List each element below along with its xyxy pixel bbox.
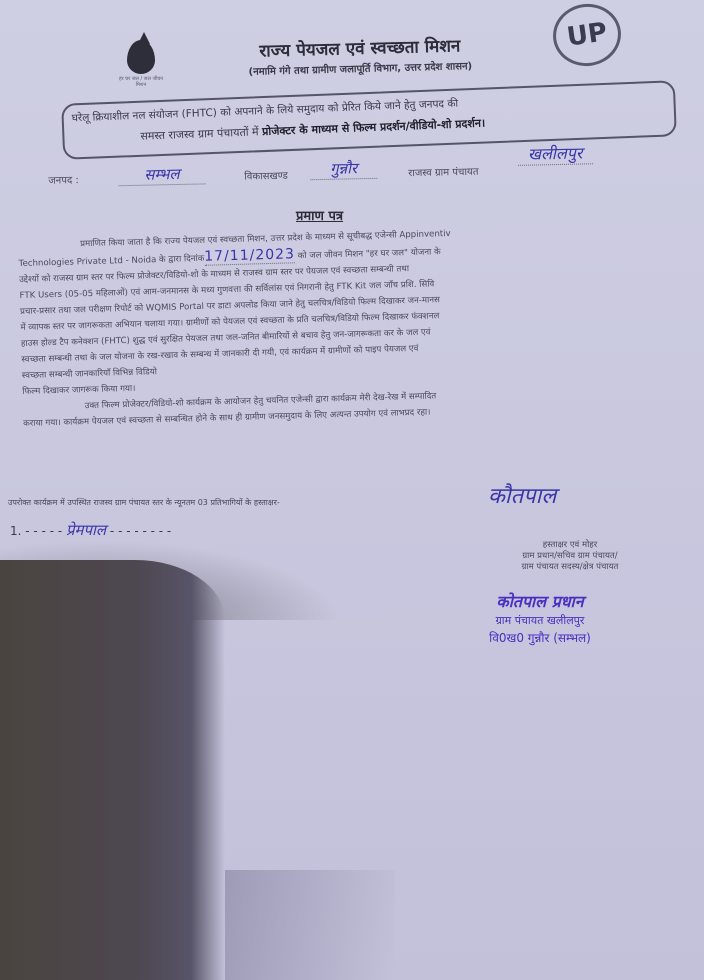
- jal-jeevan-mission-logo: हर घर जल / जल जीवन मिशन: [118, 40, 164, 88]
- signatory-role-line-1: ग्राम प्रधान/सचिव ग्राम पंचायत/: [470, 551, 670, 562]
- stamp-block: वि0ख0 गुन्नौर (सम्भल): [450, 629, 630, 646]
- location-fields: जनपद : सम्भल विकासखण्ड गुन्नौर राजस्व ग्…: [48, 155, 688, 168]
- stamp-name: कोतपाल प्रधान: [450, 590, 630, 612]
- stamp-panchayat: ग्राम पंचायत खलीलपुर: [450, 613, 630, 628]
- signatory-role-line-2: ग्राम पंचायत सदस्य/क्षेत्र पंचायत: [470, 562, 670, 573]
- participant-signature: प्रेमपाल: [66, 521, 106, 539]
- pradhan-signature: कौतपाल: [488, 480, 556, 510]
- participant-number: 1.: [10, 524, 21, 538]
- up-government-emblem-icon: UP: [549, 0, 625, 70]
- program-date: 17/11/2023: [204, 246, 295, 266]
- official-stamp: कोतपाल प्रधान ग्राम पंचायत खलीलपुर वि0ख0…: [450, 590, 630, 646]
- certificate-title: प्रमाण पत्र: [296, 206, 343, 224]
- signature-seal-label: हस्ताक्षर एवं मोहर: [470, 540, 670, 551]
- certificate-page: हर घर जल / जल जीवन मिशन UP राज्य पेयजल ए…: [0, 0, 704, 980]
- participant-1: 1. - - - - - प्रेमपाल - - - - - - - -: [10, 520, 171, 540]
- water-drop-icon: [127, 40, 155, 74]
- signatory-labels: हस्ताक्षर एवं मोहर ग्राम प्रधान/सचिव ग्र…: [470, 540, 670, 573]
- block-value: गुन्नौर: [310, 158, 377, 180]
- document-header: राज्य पेयजल एवं स्वच्छता मिशन (नमामि गंग…: [190, 32, 531, 80]
- panchayat-label: राजस्व ग्राम पंचायत: [408, 164, 479, 179]
- certificate-body: प्रमाणित किया जाता है कि राज्य पेयजल एवं…: [18, 219, 693, 432]
- paper-fold-shadow: [225, 870, 395, 980]
- district-value: सम्भल: [118, 163, 206, 186]
- district-label: जनपद :: [48, 172, 79, 187]
- panchayat-value: खलीलपुर: [518, 141, 593, 166]
- block-label: विकासखण्ड: [244, 168, 288, 183]
- banner-line-2-bold: प्रोजेक्टर के माध्यम से फिल्म प्रदर्शन/व…: [262, 117, 485, 139]
- body-line-2-suffix: को जल जीवन मिशन "हर घर जल" योजना के: [298, 247, 441, 261]
- hand-shadow: [0, 560, 225, 980]
- participants-label: उपरोक्त कार्यक्रम में उपस्थित राजस्व ग्र…: [8, 497, 368, 508]
- banner-line-2-prefix: समस्त राजस्व ग्राम पंचायतों में: [140, 125, 259, 143]
- logo-caption: हर घर जल / जल जीवन मिशन: [118, 76, 164, 88]
